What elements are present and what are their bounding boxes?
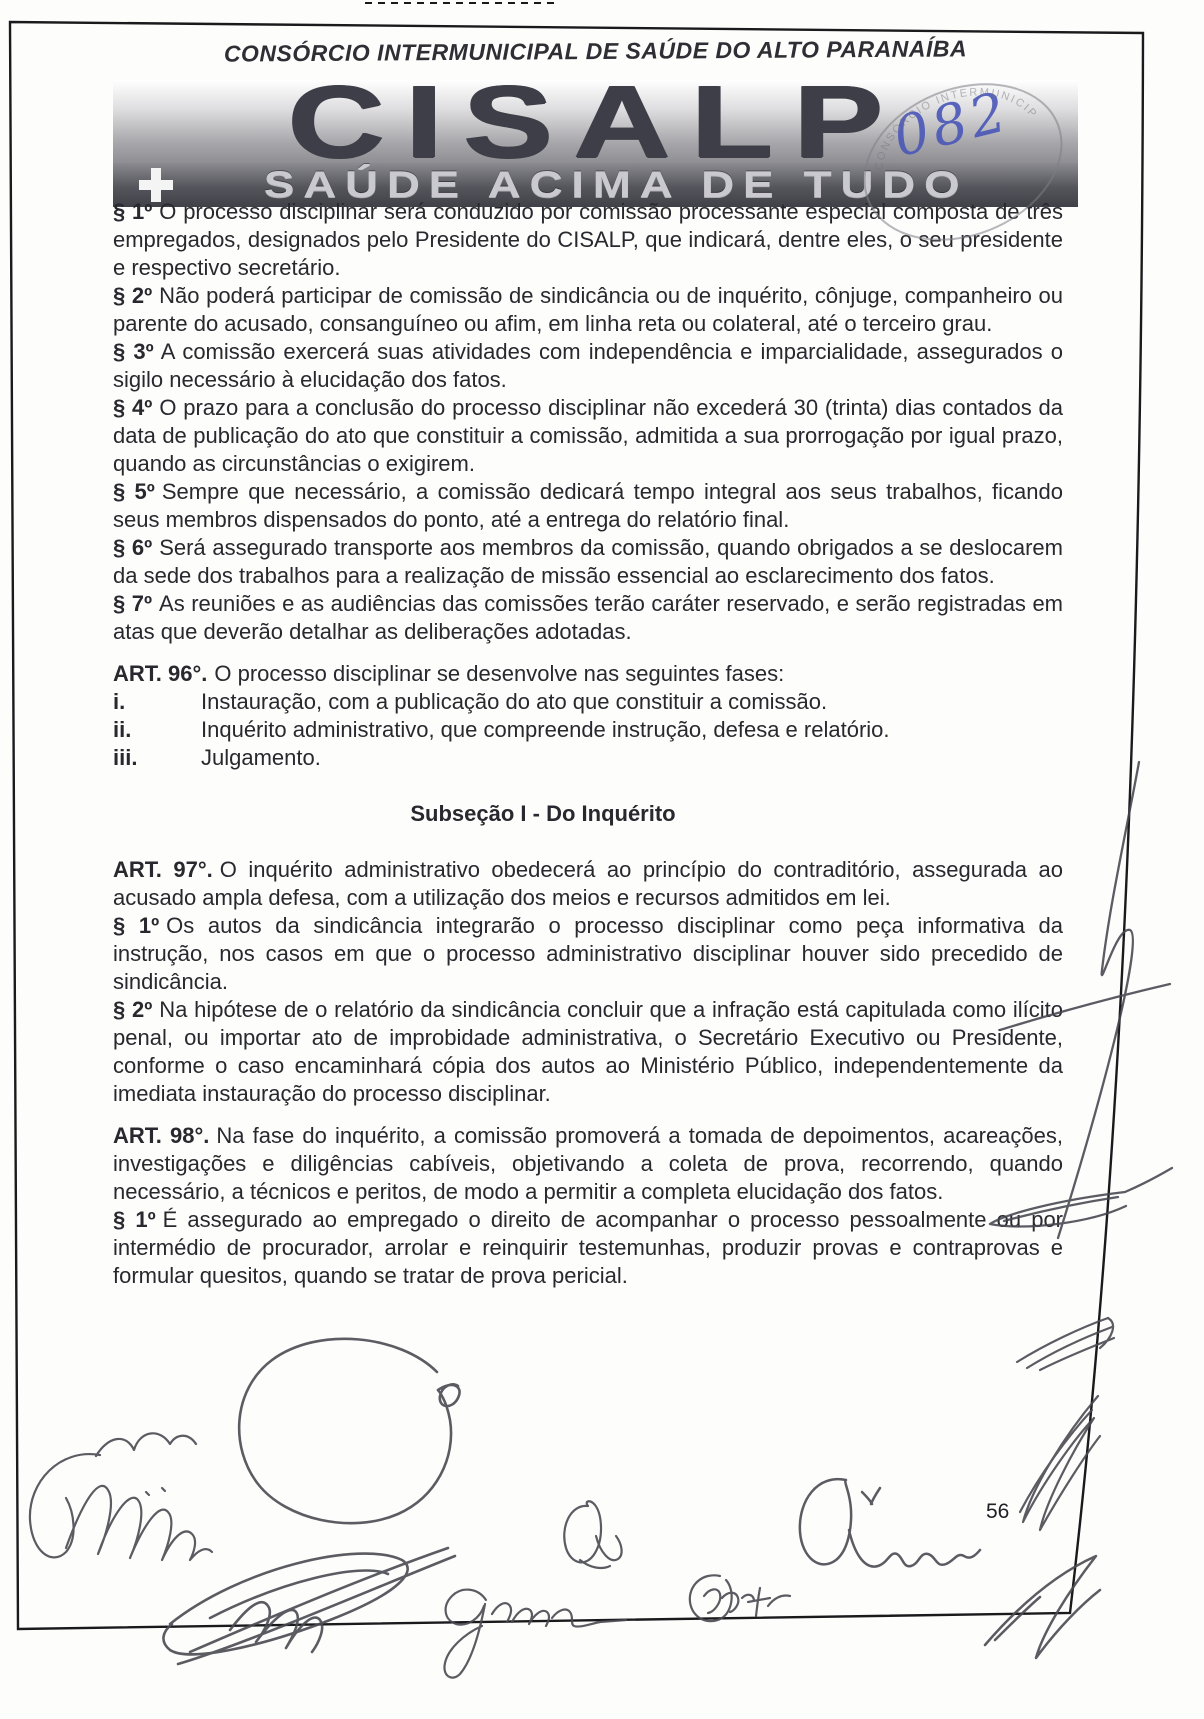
paragraph-text: Será assegurado transporte aos membros d… bbox=[113, 535, 1063, 588]
legal-paragraph: § 5ºSempre que necessário, a comissão de… bbox=[113, 478, 1063, 534]
list-item: iii.Julgamento. bbox=[113, 744, 1063, 772]
signature-gima bbox=[444, 1590, 626, 1678]
article-text: Na fase do inquérito, a comissão promove… bbox=[113, 1123, 1063, 1204]
legal-paragraph: § 3ºA comissão exercerá suas atividades … bbox=[113, 338, 1063, 394]
subsection-heading: Subseção I - Do Inquérito bbox=[68, 800, 1018, 828]
list-item-number: iii. bbox=[113, 744, 201, 772]
list-item: i.Instauração, com a publicação do ato q… bbox=[113, 688, 1063, 716]
paragraph-text: A comissão exercerá suas atividades com … bbox=[113, 339, 1063, 392]
legal-paragraph: § 1ºO processo disciplinar será conduzid… bbox=[113, 198, 1063, 282]
article-heading-97: ART. 97°.O inquérito administrativo obed… bbox=[113, 856, 1063, 912]
list-item-number: ii. bbox=[113, 716, 201, 744]
paragraph-marker: § 2º bbox=[113, 997, 152, 1022]
medical-cross-icon bbox=[139, 168, 173, 202]
legal-paragraph: § 2ºNa hipótese de o relatório da sindic… bbox=[113, 996, 1063, 1108]
list-item-number: i. bbox=[113, 688, 201, 716]
signature-left-margin bbox=[30, 1433, 212, 1560]
paragraph-marker: § 3º bbox=[113, 339, 154, 364]
scanned-document-page: CONSÓRCIO INTERMUNICIPAL DE SAÚDE DO ALT… bbox=[0, 0, 1204, 1719]
legal-paragraph: § 2ºNão poderá participar de comissão de… bbox=[113, 282, 1063, 338]
signature-circle-center bbox=[163, 1339, 459, 1664]
page-number: 56 bbox=[986, 1500, 1009, 1524]
legal-paragraph: § 4ºO prazo para a conclusão do processo… bbox=[113, 394, 1063, 478]
legal-paragraph: § 7ºAs reuniões e as audiências das comi… bbox=[113, 590, 1063, 646]
signature-oliveira bbox=[800, 1479, 980, 1566]
article-text: O processo disciplinar se desenvolve nas… bbox=[214, 661, 784, 686]
article-heading-96: ART. 96°.O processo disciplinar se desen… bbox=[113, 660, 1063, 688]
paragraph-text: Na hipótese de o relatório da sindicânci… bbox=[113, 997, 1063, 1106]
paragraph-text: Sempre que necessário, a comissão dedica… bbox=[113, 479, 1063, 532]
paragraph-text: Os autos da sindicância integrarão o pro… bbox=[113, 913, 1063, 994]
paragraph-marker: § 1º bbox=[113, 199, 152, 224]
paragraph-marker: § 1º bbox=[113, 913, 159, 938]
article-marker: ART. 98°. bbox=[113, 1123, 209, 1148]
article-marker: ART. 97°. bbox=[113, 857, 213, 882]
paragraph-text: As reuniões e as audiências das comissõe… bbox=[113, 591, 1063, 644]
signatures bbox=[30, 1318, 1114, 1678]
article-text: O inquérito administrativo obedecerá ao … bbox=[113, 857, 1063, 910]
paragraph-text: O processo disciplinar será conduzido po… bbox=[113, 199, 1063, 280]
list-item: ii.Inquérito administrativo, que compree… bbox=[113, 716, 1063, 744]
pen-stroke-vertical bbox=[1058, 762, 1139, 1238]
paragraph-marker: § 4º bbox=[113, 395, 152, 420]
signature-bottom-right-corner bbox=[985, 1556, 1100, 1658]
paragraph-marker: § 5º bbox=[113, 479, 155, 504]
signature-beu-circle bbox=[690, 1575, 790, 1621]
article-marker: ART. 96°. bbox=[113, 661, 207, 686]
list-item-text: Inquérito administrativo, que compreende… bbox=[201, 716, 1063, 744]
article-heading-98: ART. 98°.Na fase do inquérito, a comissã… bbox=[113, 1122, 1063, 1206]
paragraph-text: É assegurado ao empregado o direito de a… bbox=[113, 1207, 1063, 1288]
legal-paragraph: § 1ºOs autos da sindicância integrarão o… bbox=[113, 912, 1063, 996]
paragraph-marker: § 6º bbox=[113, 535, 152, 560]
legal-paragraph: § 6ºSerá assegurado transporte aos membr… bbox=[113, 534, 1063, 590]
signature-right-cluster bbox=[1017, 1318, 1114, 1530]
paragraph-marker: § 1º bbox=[113, 1207, 156, 1232]
paragraph-marker: § 7º bbox=[113, 591, 152, 616]
paragraph-text: O prazo para a conclusão do processo dis… bbox=[113, 395, 1063, 476]
logo-acronym-text: CISALP bbox=[288, 80, 904, 163]
list-item-text: Julgamento. bbox=[201, 744, 1063, 772]
document-body: § 1ºO processo disciplinar será conduzid… bbox=[113, 198, 1063, 1290]
organization-title: CONSÓRCIO INTERMUNICIPAL DE SAÚDE DO ALT… bbox=[113, 35, 1078, 69]
signature-du-center bbox=[564, 1501, 621, 1568]
paragraph-text: Não poderá participar de comissão de sin… bbox=[113, 283, 1063, 336]
paragraph-marker: § 2º bbox=[113, 283, 152, 308]
list-item-text: Instauração, com a publicação do ato que… bbox=[201, 688, 1063, 716]
legal-paragraph: § 1ºÉ assegurado ao empregado o direito … bbox=[113, 1206, 1063, 1290]
